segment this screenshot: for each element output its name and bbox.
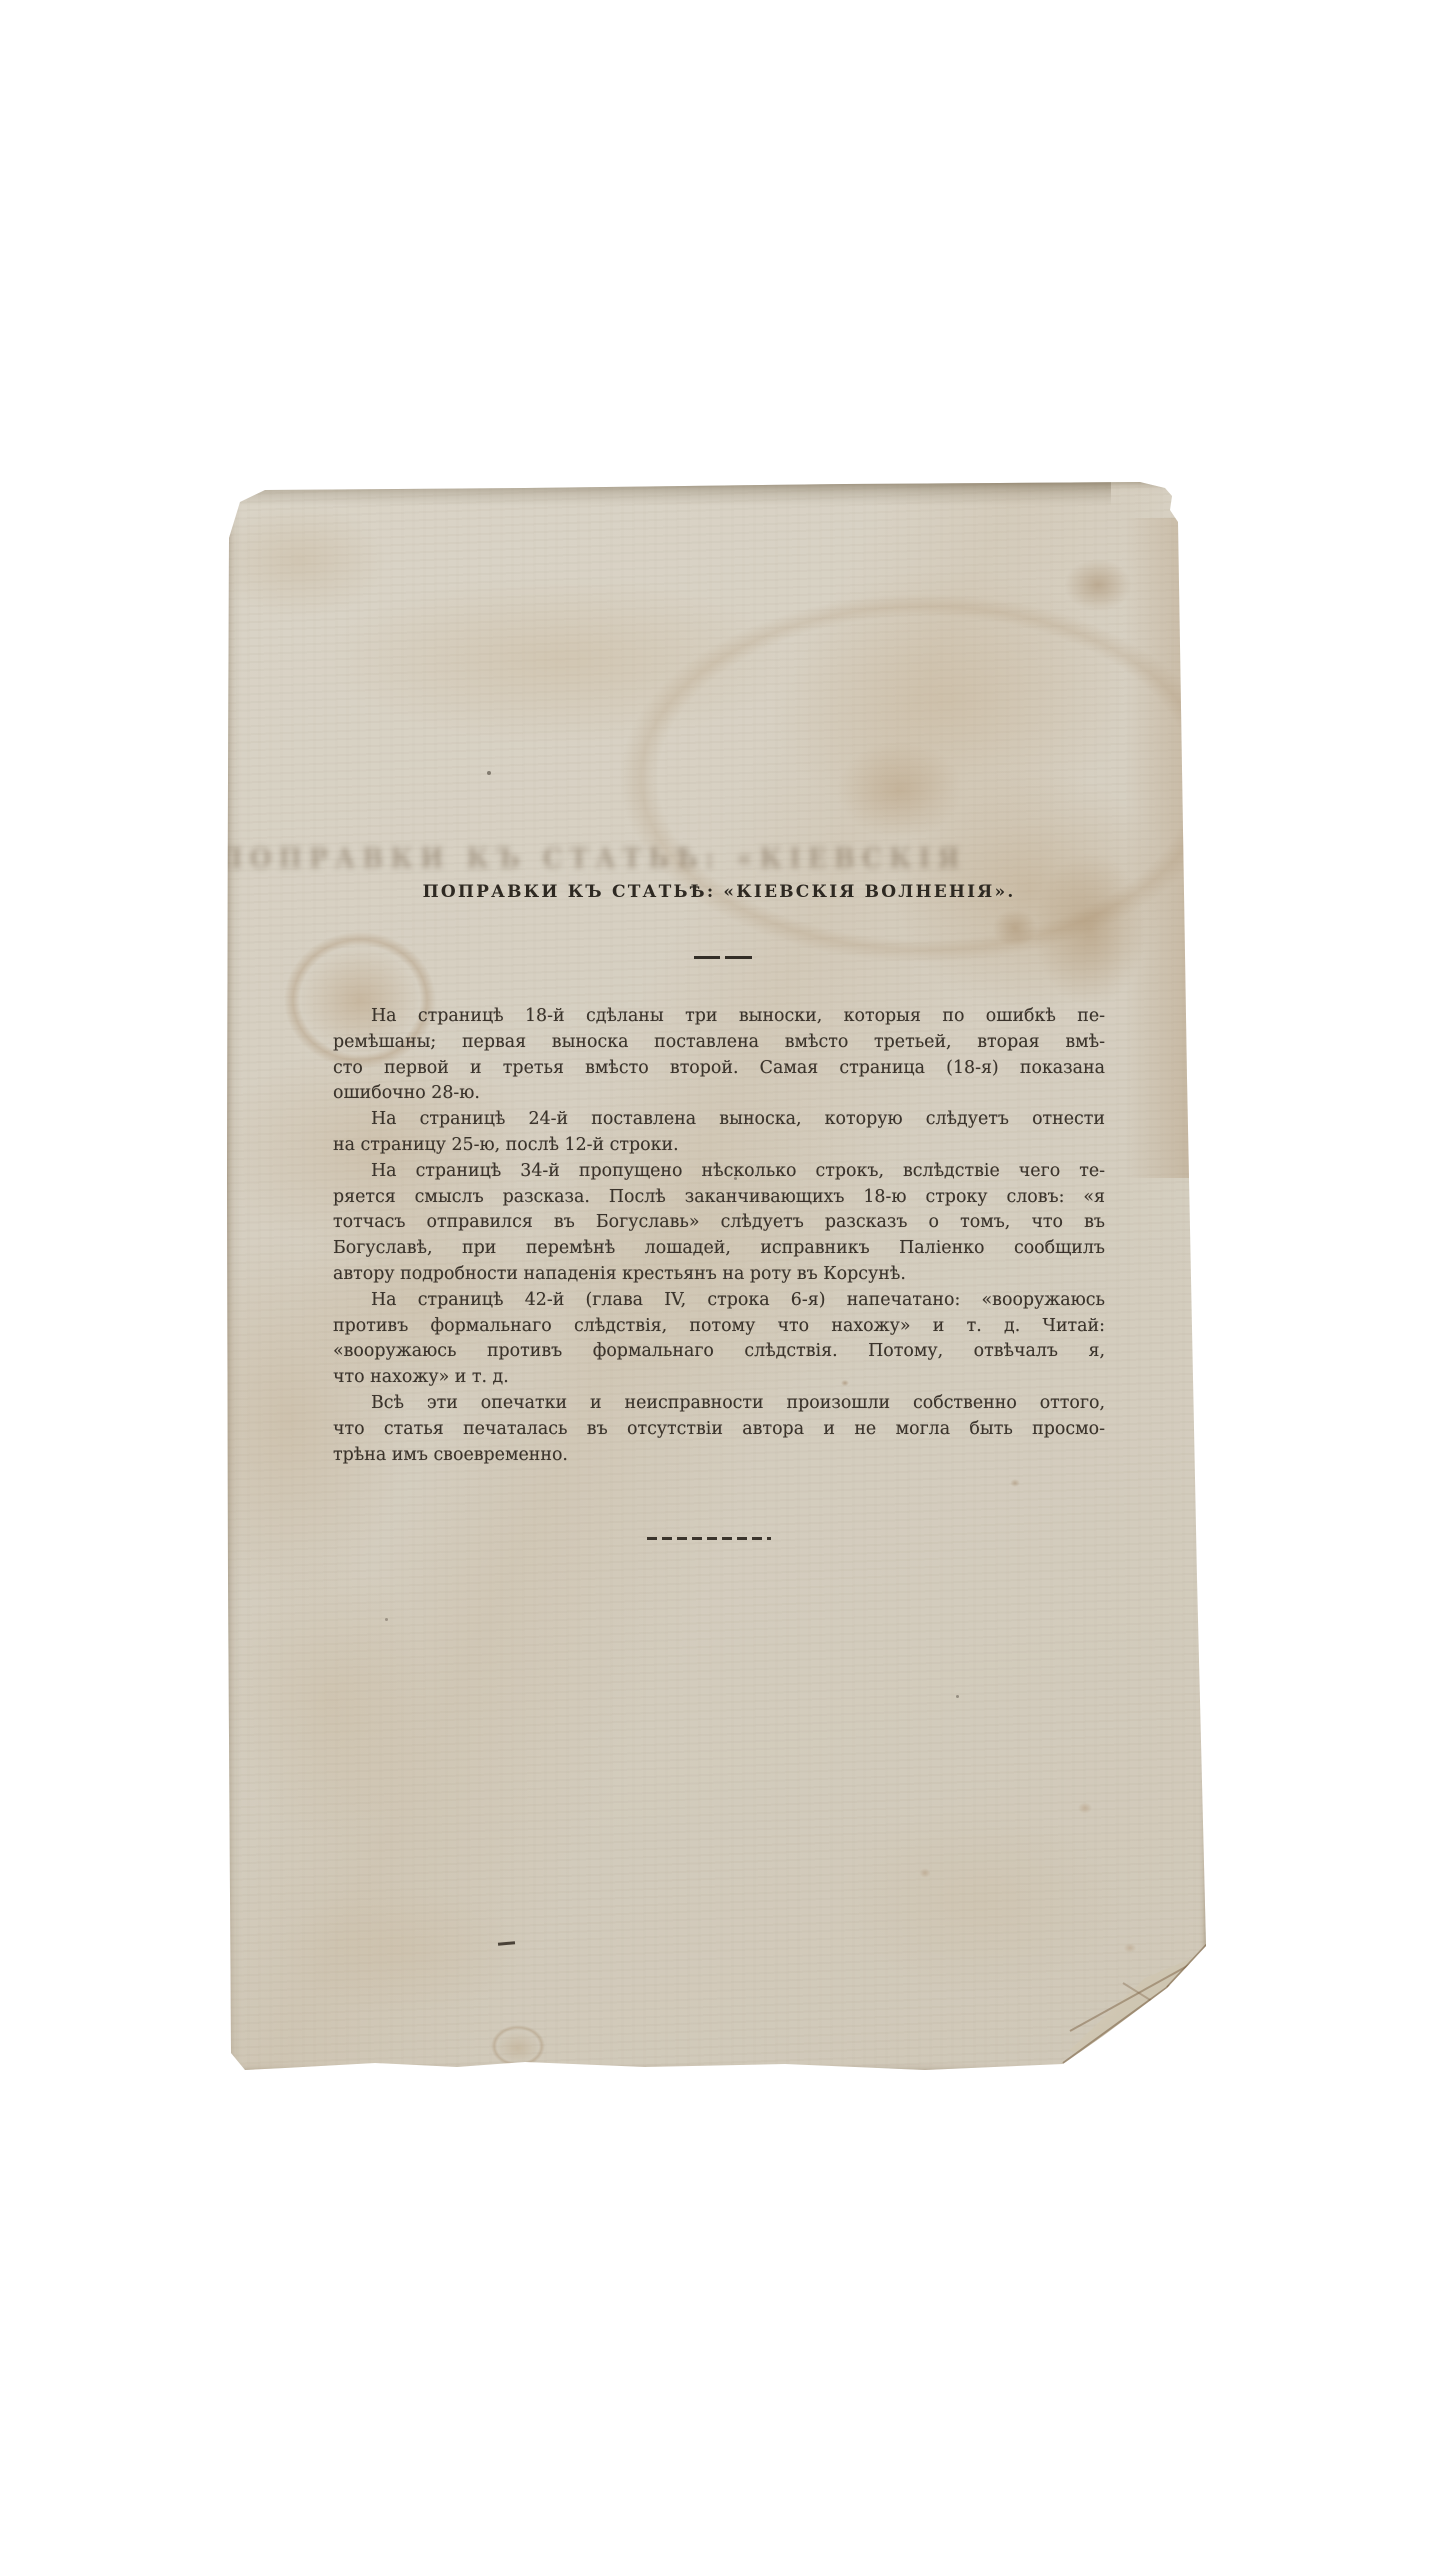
text-line: трѣна имъ своевременно. (333, 1443, 1105, 1469)
text-line: «вооружаюсь противъ формальнаго слѣдстві… (333, 1339, 1105, 1365)
text-line: Всѣ эти опечатки и неисправности произош… (333, 1391, 1105, 1417)
text-line: на страницу 25-ю, послѣ 12-й строки. (333, 1133, 1105, 1159)
text-line: что статья печаталась въ отсутствіи авто… (333, 1417, 1105, 1443)
text-line: На страницѣ 42-й (глава IV, строка 6-я) … (333, 1288, 1105, 1314)
text-line: На страницѣ 34-й пропущено нѣсколько стр… (333, 1159, 1105, 1185)
paper-right-edge-stain (1125, 518, 1210, 1178)
ink-speck (734, 1177, 737, 1180)
text-line: сто первой и третья вмѣсто второй. Самая… (333, 1056, 1105, 1082)
text-line: противъ формальнаго слѣдствія, потому чт… (333, 1314, 1105, 1340)
text-line: Богуславѣ, при перемѣнѣ лошадей, исправн… (333, 1236, 1105, 1262)
end-divider (647, 1537, 771, 1540)
text-line: что нахожу» и т. д. (333, 1365, 1105, 1391)
text-line: автору подробности нападенія крестьянъ н… (333, 1262, 1105, 1288)
text-line: ряется смыслъ разсказа. Послѣ заканчиваю… (333, 1185, 1105, 1211)
page-title: ПОПРАВКИ КЪ СТАТЬѢ: «КІЕВСКІЯ ВОЛНЕНІЯ». (333, 882, 1105, 902)
document-page: ПОПРАВКИ КЪ СТАТЬѢ: «КІЕВСКІЯ ПОПРАВКИ К… (225, 478, 1210, 2075)
text-line: На страницѣ 18-й сдѣланы три выноски, ко… (333, 1004, 1105, 1030)
photo-background: ПОПРАВКИ КЪ СТАТЬѢ: «КІЕВСКІЯ ПОПРАВКИ К… (0, 0, 1440, 2560)
text-line: тотчасъ отправился въ Богуславь» слѣдует… (333, 1210, 1105, 1236)
page-content: ПОПРАВКИ КЪ СТАТЬѢ: «КІЕВСКІЯ ВОЛНЕНІЯ».… (333, 478, 1105, 2075)
ink-speck (956, 1695, 959, 1698)
text-line: ремѣшаны; первая выноска поставлена вмѣс… (333, 1030, 1105, 1056)
fold-cut-edge (1166, 1944, 1207, 1988)
ink-speck (385, 1618, 388, 1621)
text-line: ошибочно 28-ю. (333, 1081, 1105, 1107)
ink-speck (487, 771, 491, 775)
title-divider (694, 956, 752, 959)
body-text: На страницѣ 18-й сдѣланы три выноски, ко… (333, 1004, 1105, 1468)
text-line: На страницѣ 24-й поставлена выноска, кот… (333, 1107, 1105, 1133)
